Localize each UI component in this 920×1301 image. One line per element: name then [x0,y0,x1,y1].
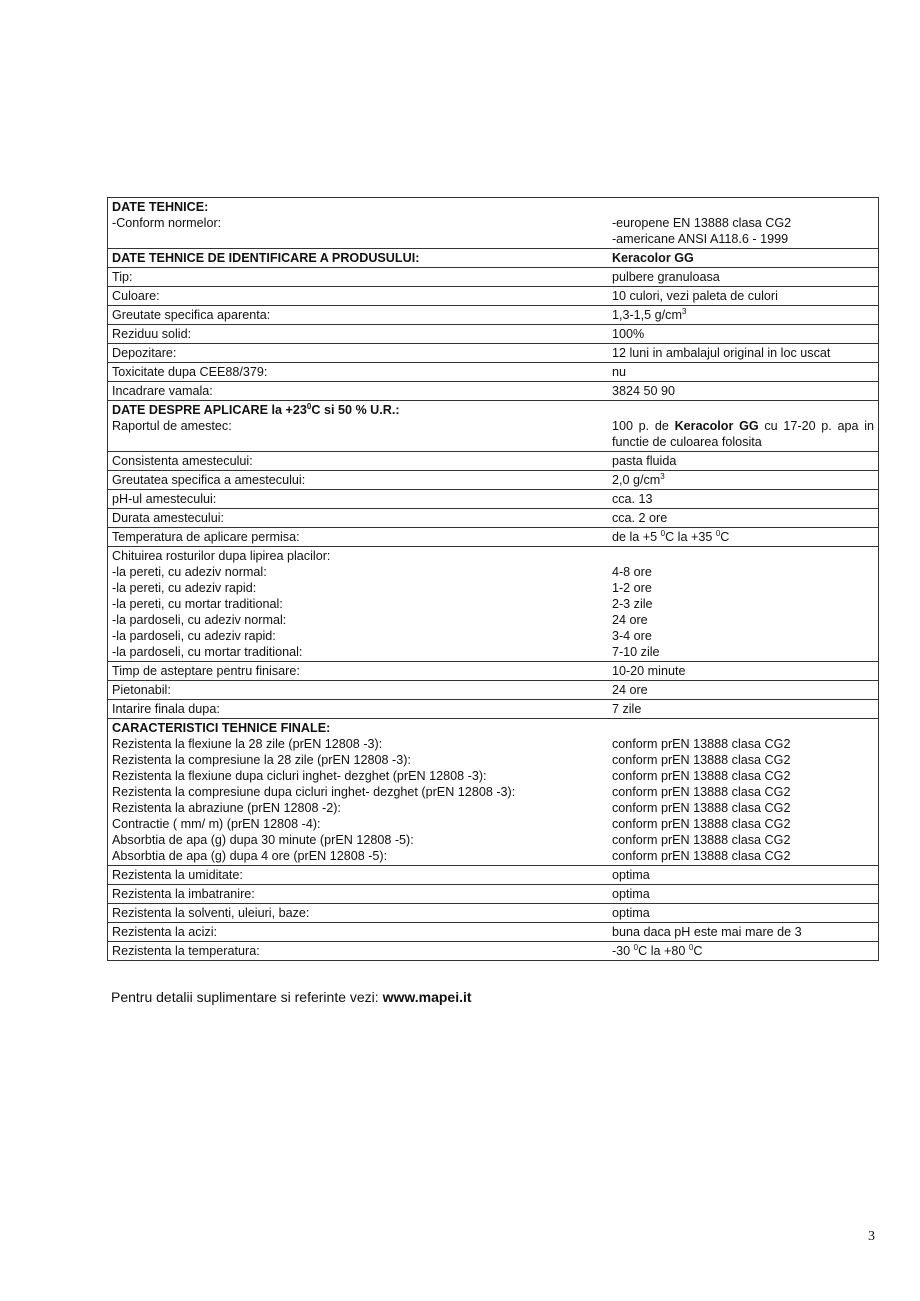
row-label: -la pereti, cu adeziv normal: [112,564,604,580]
row-label: Rezistenta la flexiune dupa cicluri ingh… [112,768,604,784]
row-label: Toxicitate dupa CEE88/379: [108,363,608,382]
row-value: nu [608,363,879,382]
row-value: 100 p. de Keracolor GG cu 17-20 p. apa i… [612,418,874,450]
row-value: 3-4 ore [612,628,874,644]
row-value: conform prEN 13888 clasa CG2 [612,736,874,752]
row-label: -la pereti, cu adeziv rapid: [112,580,604,596]
table-row: Rezistenta la solventi, uleiuri, baze:op… [108,904,879,923]
footer-note: Pentru detalii suplimentare si referinte… [111,989,472,1005]
row-label: Reziduu solid: [108,325,608,344]
row-value: conform prEN 13888 clasa CG2 [612,848,874,864]
row-label: -la pardoseli, cu adeziv rapid: [112,628,604,644]
footer-text: Pentru detalii suplimentare si referinte… [111,989,383,1005]
row-label: Depozitare: [108,344,608,363]
section-aplicare: DATE DESPRE APLICARE la +230C si 50 % U.… [108,401,879,452]
row-value: 2-3 zile [612,596,874,612]
table-row: Intarire finala dupa:7 zile [108,700,879,719]
row-label: Absorbtia de apa (g) dupa 30 minute (prE… [112,832,604,848]
row-label: -Conform normelor: [112,215,604,231]
row-value: cca. 2 ore [608,509,879,528]
table-row: Rezistenta la acizi:buna daca pH este ma… [108,923,879,942]
row-value: 1-2 ore [612,580,874,596]
row-value: de la +5 0C la +35 0C [608,528,879,547]
row-value: 1,3-1,5 g/cm3 [608,306,879,325]
row-value: 2,0 g/cm3 [608,471,879,490]
row-value: conform prEN 13888 clasa CG2 [612,800,874,816]
row-value: conform prEN 13888 clasa CG2 [612,752,874,768]
row-value: 3824 50 90 [608,382,879,401]
row-value: buna daca pH este mai mare de 3 [608,923,879,942]
row-label: Contractie ( mm/ m) (prEN 12808 -4): [112,816,604,832]
row-label: Rezistenta la temperatura: [108,942,608,961]
section-date-tehnice: DATE TEHNICE: -Conform normelor: -europe… [108,198,879,249]
row-value: pasta fluida [608,452,879,471]
row-value: cca. 13 [608,490,879,509]
table-row: Rezistenta la umiditate:optima [108,866,879,885]
row-value: 7 zile [608,700,879,719]
row-label: -la pereti, cu mortar traditional: [112,596,604,612]
table-row: pH-ul amestecului:cca. 13 [108,490,879,509]
row-label: Rezistenta la acizi: [108,923,608,942]
section-title: CARACTERISTICI TEHNICE FINALE: [112,720,604,736]
row-label: Rezistenta la abraziune (prEN 12808 -2): [112,800,604,816]
row-label: Timp de asteptare pentru finisare: [108,662,608,681]
row-value: 100% [608,325,879,344]
row-label: Temperatura de aplicare permisa: [108,528,608,547]
row-value: 7-10 zile [612,644,874,660]
row-value: optima [608,904,879,923]
row-label: Chituirea rosturilor dupa lipirea placil… [112,548,604,564]
row-value: 10-20 minute [608,662,879,681]
product-name: Keracolor GG [608,249,879,268]
row-label: Intarire finala dupa: [108,700,608,719]
row-value: 24 ore [608,681,879,700]
row-label: -la pardoseli, cu mortar traditional: [112,644,604,660]
row-value: conform prEN 13888 clasa CG2 [612,768,874,784]
row-label: Durata amestecului: [108,509,608,528]
table-row: Culoare:10 culori, vezi paleta de culori [108,287,879,306]
table-row: Durata amestecului:cca. 2 ore [108,509,879,528]
row-value: 4-8 ore [612,564,874,580]
row-label: Pietonabil: [108,681,608,700]
table-row: Pietonabil:24 ore [108,681,879,700]
row-value: conform prEN 13888 clasa CG2 [612,784,874,800]
row-value: -americane ANSI A118.6 - 1999 [612,231,874,247]
row-value: optima [608,885,879,904]
row-value: optima [608,866,879,885]
table-row: Reziduu solid:100% [108,325,879,344]
row-label: -la pardoseli, cu adeziv normal: [112,612,604,628]
table-row: Timp de asteptare pentru finisare:10-20 … [108,662,879,681]
row-value: 10 culori, vezi paleta de culori [608,287,879,306]
row-label: Tip: [108,268,608,287]
page-number: 3 [868,1229,875,1245]
chituire-block: Chituirea rosturilor dupa lipirea placil… [108,547,879,662]
row-value: -europene EN 13888 clasa CG2 [612,215,874,231]
row-label: Greutate specifica aparenta: [108,306,608,325]
table-row: Depozitare:12 luni in ambalajul original… [108,344,879,363]
row-value: conform prEN 13888 clasa CG2 [612,832,874,848]
table-row: Greutate specifica aparenta:1,3-1,5 g/cm… [108,306,879,325]
row-label: Consistenta amestecului: [108,452,608,471]
row-label: Rezistenta la compresiune dupa cicluri i… [112,784,604,800]
table-row: Consistenta amestecului:pasta fluida [108,452,879,471]
row-label: Rezistenta la flexiune la 28 zile (prEN … [112,736,604,752]
table-row: Incadrare vamala:3824 50 90 [108,382,879,401]
section-title: DATE TEHNICE DE IDENTIFICARE A PRODUSULU… [108,249,608,268]
row-label: Raportul de amestec: [112,418,604,434]
row-value: conform prEN 13888 clasa CG2 [612,816,874,832]
section-finale: CARACTERISTICI TEHNICE FINALE: Rezistent… [108,719,879,866]
row-label: Culoare: [108,287,608,306]
row-label: pH-ul amestecului: [108,490,608,509]
row-label: Rezistenta la imbatranire: [108,885,608,904]
section-title: DATE DESPRE APLICARE la +230C si 50 % U.… [112,402,604,418]
table-row: Tip:pulbere granuloasa [108,268,879,287]
row-label: Incadrare vamala: [108,382,608,401]
table-row: Toxicitate dupa CEE88/379:nu [108,363,879,382]
row-label: Absorbtia de apa (g) dupa 4 ore (prEN 12… [112,848,604,864]
row-label: Rezistenta la solventi, uleiuri, baze: [108,904,608,923]
row-label: Greutatea specifica a amestecului: [108,471,608,490]
table-row: Greutatea specifica a amestecului:2,0 g/… [108,471,879,490]
footer-link[interactable]: www.mapei.it [383,989,472,1005]
row-value: 12 luni in ambalajul original in loc usc… [608,344,879,363]
table-row: Rezistenta la imbatranire:optima [108,885,879,904]
section-title: DATE TEHNICE: [112,199,604,215]
row-label: Rezistenta la compresiune la 28 zile (pr… [112,752,604,768]
table-row: Rezistenta la temperatura: -30 0C la +80… [108,942,879,961]
row-value: -30 0C la +80 0C [608,942,879,961]
row-value: pulbere granuloasa [608,268,879,287]
technical-data-table: DATE TEHNICE: -Conform normelor: -europe… [107,197,879,961]
row-value: 24 ore [612,612,874,628]
table-row: Temperatura de aplicare permisa: de la +… [108,528,879,547]
section-identificare-header: DATE TEHNICE DE IDENTIFICARE A PRODUSULU… [108,249,879,268]
row-label: Rezistenta la umiditate: [108,866,608,885]
